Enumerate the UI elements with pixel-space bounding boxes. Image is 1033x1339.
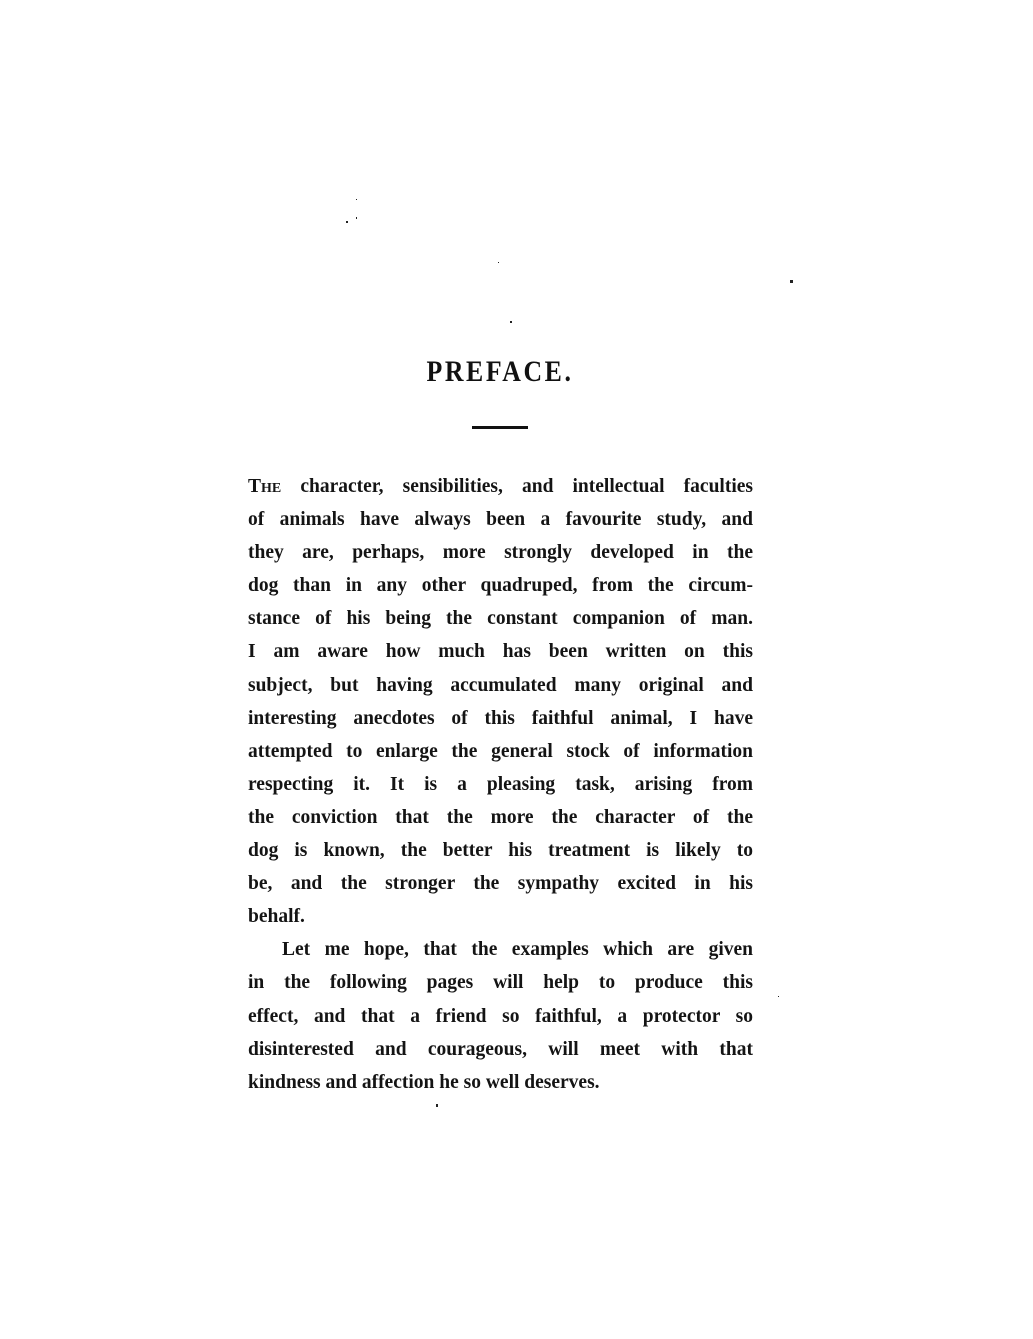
text-line: kindness and affection he so well deserv… <box>248 1066 753 1099</box>
scan-speck <box>356 199 357 200</box>
text-line: behalf. <box>248 900 753 933</box>
text-line: in the following pages will help to prod… <box>248 966 753 999</box>
text-line: they are, perhaps, more strongly develop… <box>248 536 753 569</box>
text-line: effect, and that a friend so faithful, a… <box>248 1000 753 1033</box>
page-title: PREFACE. <box>70 355 930 389</box>
text-line: of animals have always been a favourite … <box>248 503 753 536</box>
book-page: PREFACE. The character, sensibilities, a… <box>0 0 1033 1339</box>
scan-speck <box>790 280 793 283</box>
scan-speck <box>778 996 779 997</box>
scan-speck <box>510 321 512 323</box>
text-line: be, and the stronger the sympathy excite… <box>248 867 753 900</box>
scan-speck <box>346 221 348 223</box>
title-rule-divider <box>472 426 528 429</box>
text-line: disinterested and courageous, will meet … <box>248 1033 753 1066</box>
paragraph-1: The character, sensibilities, and intell… <box>248 470 753 933</box>
text-line: the conviction that the more the charact… <box>248 801 753 834</box>
text-line: The character, sensibilities, and intell… <box>248 470 753 503</box>
text-line: subject, but having accumulated many ori… <box>248 669 753 702</box>
scan-speck <box>498 262 499 263</box>
text-line: Let me hope, that the examples which are… <box>248 933 753 966</box>
paragraph-2: Let me hope, that the examples which are… <box>248 933 753 1098</box>
text-line: respecting it. It is a pleasing task, ar… <box>248 768 753 801</box>
lead-word: The <box>248 476 281 497</box>
text-line: I am aware how much has been written on … <box>248 635 753 668</box>
scan-speck <box>356 217 357 219</box>
text-line: dog than in any other quadruped, from th… <box>248 569 753 602</box>
preface-body: The character, sensibilities, and intell… <box>248 470 753 1099</box>
scan-speck <box>436 1104 438 1107</box>
text-line: interesting anecdotes of this faithful a… <box>248 702 753 735</box>
text-line: attempted to enlarge the general stock o… <box>248 735 753 768</box>
text-line: dog is known, the better his treatment i… <box>248 834 753 867</box>
text-line: stance of his being the constant compani… <box>248 602 753 635</box>
